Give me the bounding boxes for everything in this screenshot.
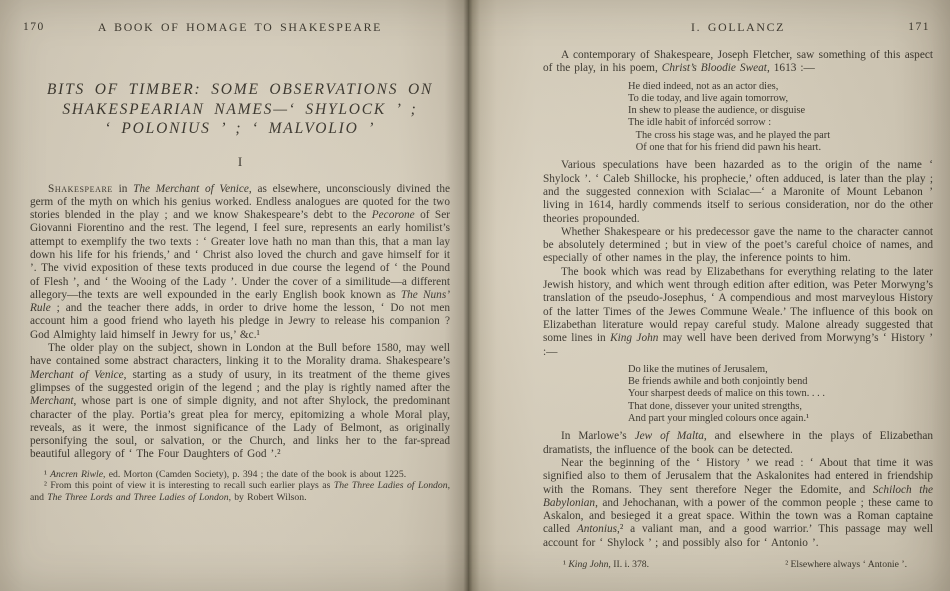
footnote-earlier-plays: ² From this point of view it is interest… (30, 480, 450, 503)
right-footnotes: ¹ King John, II. i. 378. ² Elsewhere alw… (543, 559, 933, 570)
poem-line: That done, dissever your united strength… (628, 401, 933, 413)
right-running-head: I. GOLLANCZ (543, 20, 933, 35)
footnote-king-john: ¹ King John, II. i. 378. (563, 559, 649, 570)
poem-bloodie-sweat: He died indeed, not as an actor dies, To… (628, 81, 933, 155)
right-header: I. GOLLANCZ 171 (543, 20, 933, 36)
poem-line: Your sharpest deeds of malice on this to… (628, 388, 933, 400)
left-footnotes: ¹ Ancren Riwle, ed. Morton (Camden Socie… (30, 469, 450, 504)
poem-line: Of one that for his friend did pawn his … (628, 142, 933, 154)
footnote-antonie: ² Elsewhere always ‘ Antonie ’. (785, 559, 907, 570)
paragraph-whether: Whether Shakespeare or his predecessor g… (543, 226, 933, 266)
left-paragraph-2: The older play on the subject, shown in … (30, 342, 450, 462)
paragraph-history: Near the beginning of the ‘ History ’ we… (543, 457, 933, 550)
poem-line: To die today, and live again tomorrow, (628, 93, 933, 105)
poem-line: In shew to please the audience, or disgu… (628, 105, 933, 117)
footnote-ancren-riwle: ¹ Ancren Riwle, ed. Morton (Camden Socie… (30, 469, 450, 481)
section-heading: I (30, 154, 450, 170)
poem-line: The idle habit of inforcéd sorrow : (628, 117, 933, 129)
left-page-number: 170 (23, 21, 45, 33)
poem-line: Do like the mutines of Jerusalem, (628, 364, 933, 376)
paragraph-book: The book which was read by Elizabethans … (543, 266, 933, 359)
left-paragraph-1: Shakespeare in The Merchant of Venice, a… (30, 183, 450, 343)
chapter-title-line-1: BITS OF TIMBER: SOME OBSERVATIONS ON (30, 80, 450, 100)
left-header: 170 A BOOK OF HOMAGE TO SHAKESPEARE (30, 20, 450, 36)
poem-line: Be friends awhile and both conjointly be… (628, 376, 933, 388)
page-right: I. GOLLANCZ 171 A contemporary of Shakes… (468, 0, 950, 591)
paragraph-fletcher: A contemporary of Shakespeare, Joseph Fl… (543, 49, 933, 76)
book-spread-photo: 170 A BOOK OF HOMAGE TO SHAKESPEARE BITS… (0, 0, 950, 591)
poem-line: The cross his stage was, and he played t… (628, 130, 933, 142)
paragraph-speculations: Various speculations have been hazarded … (543, 159, 933, 225)
poem-line: And part your mingled colours once again… (628, 413, 933, 425)
paragraph-marlowe: In Marlowe’s Jew of Malta, and elsewhere… (543, 430, 933, 457)
right-page-number: 171 (908, 21, 930, 33)
chapter-title-line-3: ‘ POLONIUS ’ ; ‘ MALVOLIO ’ (30, 119, 450, 139)
poem-line: He died indeed, not as an actor dies, (628, 81, 933, 93)
chapter-title: BITS OF TIMBER: SOME OBSERVATIONS ON SHA… (30, 80, 450, 139)
page-left: 170 A BOOK OF HOMAGE TO SHAKESPEARE BITS… (0, 0, 468, 591)
left-running-head: A BOOK OF HOMAGE TO SHAKESPEARE (30, 20, 450, 35)
poem-king-john: Do like the mutines of Jerusalem, Be fri… (628, 364, 933, 425)
chapter-title-line-2: SHAKESPEARIAN NAMES—‘ SHYLOCK ’ ; (30, 100, 450, 120)
